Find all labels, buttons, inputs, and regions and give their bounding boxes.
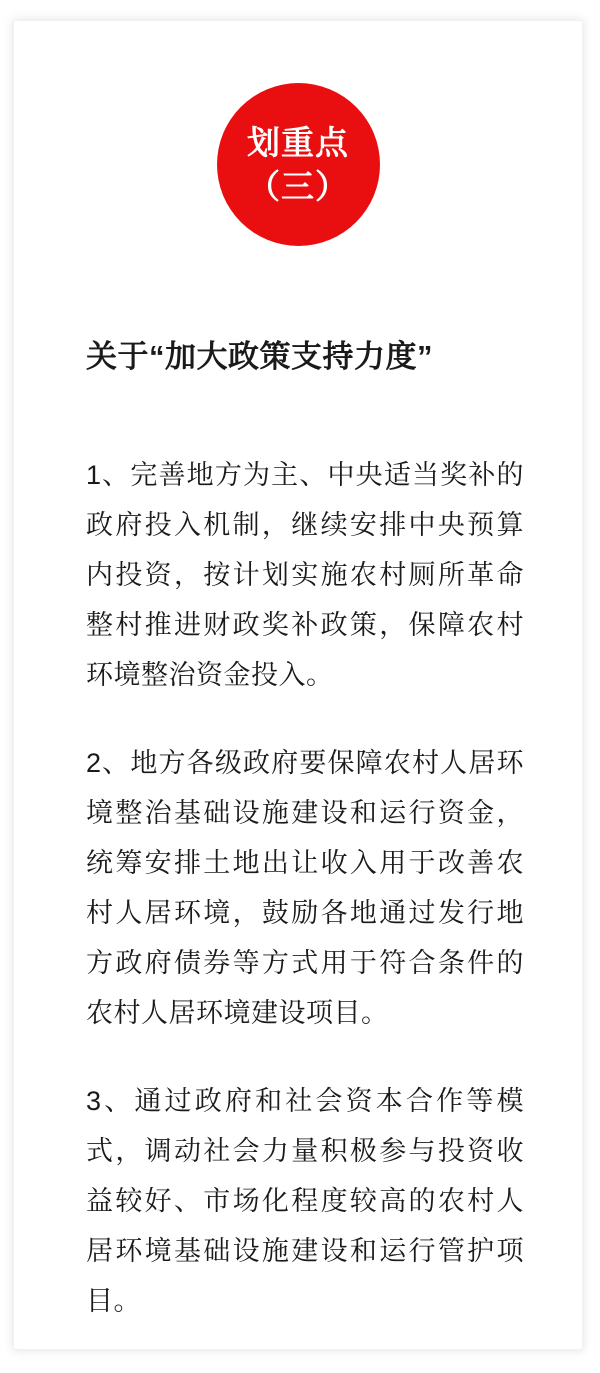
- article-body: 1、完善地方为主、中央适当奖补的政府投入机制，继续安排中央预算内投资，按计划实施…: [14, 450, 582, 1326]
- article-heading: 关于“加大政策支持力度”: [86, 338, 524, 376]
- badge-number: （三）: [247, 165, 349, 209]
- article-card: 划重点 （三） 关于“加大政策支持力度” 1、完善地方为主、中央适当奖补的政府投…: [13, 20, 583, 1350]
- paragraph-1: 1、完善地方为主、中央适当奖补的政府投入机制，继续安排中央预算内投资，按计划实施…: [86, 450, 524, 700]
- paragraph-3: 3、通过政府和社会资本合作等模式，调动社会力量积极参与投资收益较好、市场化程度较…: [86, 1076, 524, 1326]
- paragraph-2: 2、地方各级政府要保障农村人居环境整治基础设施建设和运行资金，统筹安排土地出让收…: [86, 738, 524, 1038]
- page-background: 划重点 （三） 关于“加大政策支持力度” 1、完善地方为主、中央适当奖补的政府投…: [0, 0, 600, 1373]
- badge-title: 划重点: [247, 121, 349, 165]
- key-points-badge: 划重点 （三）: [217, 83, 380, 246]
